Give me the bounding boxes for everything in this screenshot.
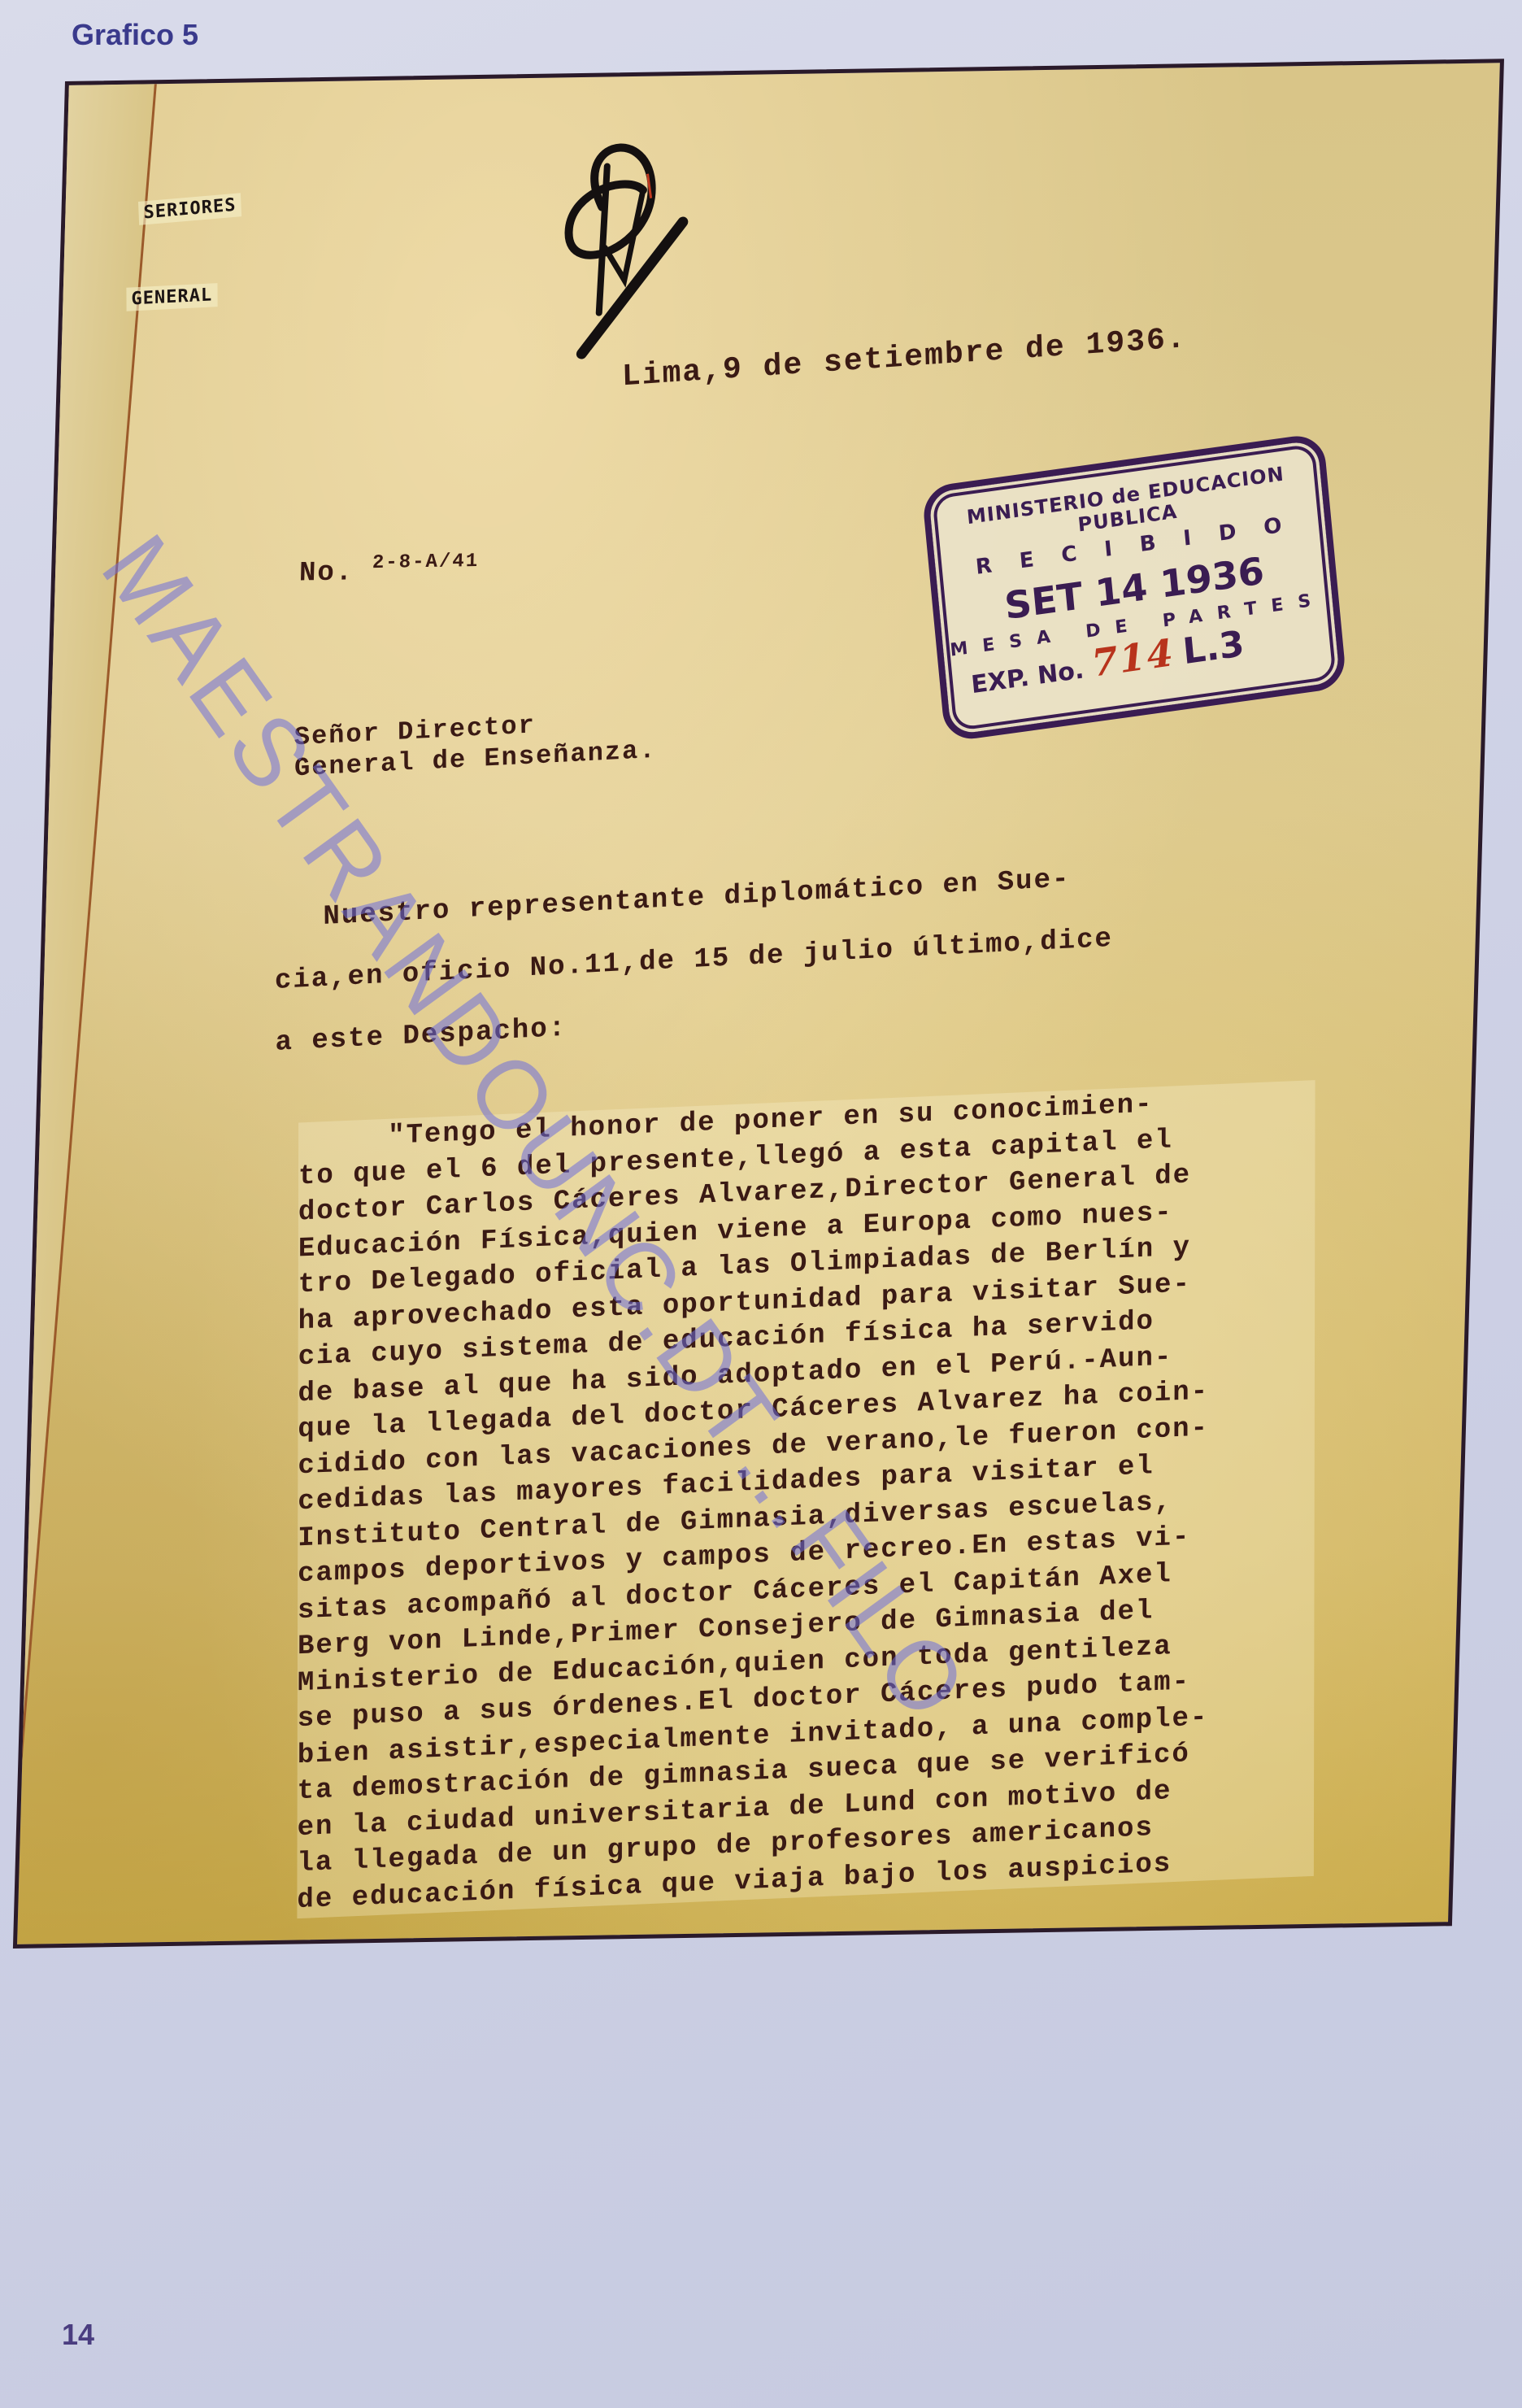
stamp-exp-label: EXP. No.	[970, 655, 1085, 699]
letterhead-fragment: GENERAL	[126, 283, 217, 311]
reference-prefix: No.	[298, 557, 354, 589]
scanned-letter: SERIORES GENERAL Lima,9 de setiembre de …	[13, 59, 1504, 1949]
stamp-floor: L.3	[1181, 623, 1246, 673]
reference-number: No. 2-8-A/41	[298, 551, 479, 589]
registry-stamp: MINISTERIO de EDUCACION PUBLICA RECIBIDO…	[921, 433, 1347, 742]
letterhead-fragment: SERIORES	[138, 193, 241, 225]
figure-caption: Grafico 5	[72, 18, 198, 52]
signature-icon	[516, 107, 768, 371]
reference-value: 2-8-A/41	[372, 551, 480, 574]
page-number: 14	[62, 2318, 94, 2352]
paper-fold	[13, 84, 157, 1946]
